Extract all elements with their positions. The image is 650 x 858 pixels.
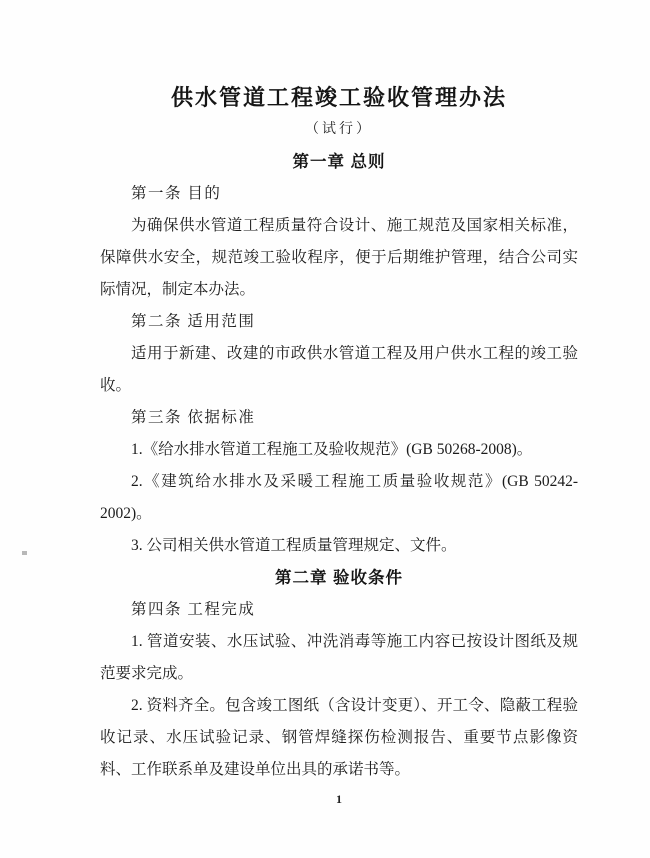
article-heading: 第一条 目的 bbox=[100, 178, 578, 210]
document-content: 供水管道工程竣工验收管理办法 （试行） 第一章 总则第一条 目的为确保供水管道工… bbox=[100, 0, 578, 786]
paragraph: 为确保供水管道工程质量符合设计、施工规范及国家相关标准，保障供水安全，规范竣工验… bbox=[100, 210, 578, 306]
article-heading: 第三条 依据标准 bbox=[100, 402, 578, 434]
paragraph: 2.《建筑给水排水及采暖工程施工质量验收规范》(GB 50242-2002)。 bbox=[100, 466, 578, 530]
document-title: 供水管道工程竣工验收管理办法 bbox=[100, 82, 578, 114]
paragraph: 1.《给水排水管道工程施工及验收规范》(GB 50268-2008)。 bbox=[100, 434, 578, 466]
paragraph: 适用于新建、改建的市政供水管道工程及用户供水工程的竣工验收。 bbox=[100, 338, 578, 402]
chapter-heading: 第一章 总则 bbox=[100, 146, 578, 178]
document-subtitle: （试行） bbox=[100, 114, 578, 146]
chapter-heading: 第二章 验收条件 bbox=[100, 562, 578, 594]
article-heading: 第四条 工程完成 bbox=[100, 594, 578, 626]
document-page: 供水管道工程竣工验收管理办法 （试行） 第一章 总则第一条 目的为确保供水管道工… bbox=[0, 0, 650, 858]
paragraph: 3. 公司相关供水管道工程质量管理规定、文件。 bbox=[100, 530, 578, 562]
paragraph: 2. 资料齐全。包含竣工图纸（含设计变更）、开工令、隐蔽工程验收记录、水压试验记… bbox=[100, 690, 578, 786]
page-number: 1 bbox=[100, 792, 578, 806]
scan-artifact-speck bbox=[22, 551, 27, 555]
article-heading: 第二条 适用范围 bbox=[100, 306, 578, 338]
paragraph: 1. 管道安装、水压试验、冲洗消毒等施工内容已按设计图纸及规范要求完成。 bbox=[100, 626, 578, 690]
document-body: 第一章 总则第一条 目的为确保供水管道工程质量符合设计、施工规范及国家相关标准，… bbox=[100, 146, 578, 786]
